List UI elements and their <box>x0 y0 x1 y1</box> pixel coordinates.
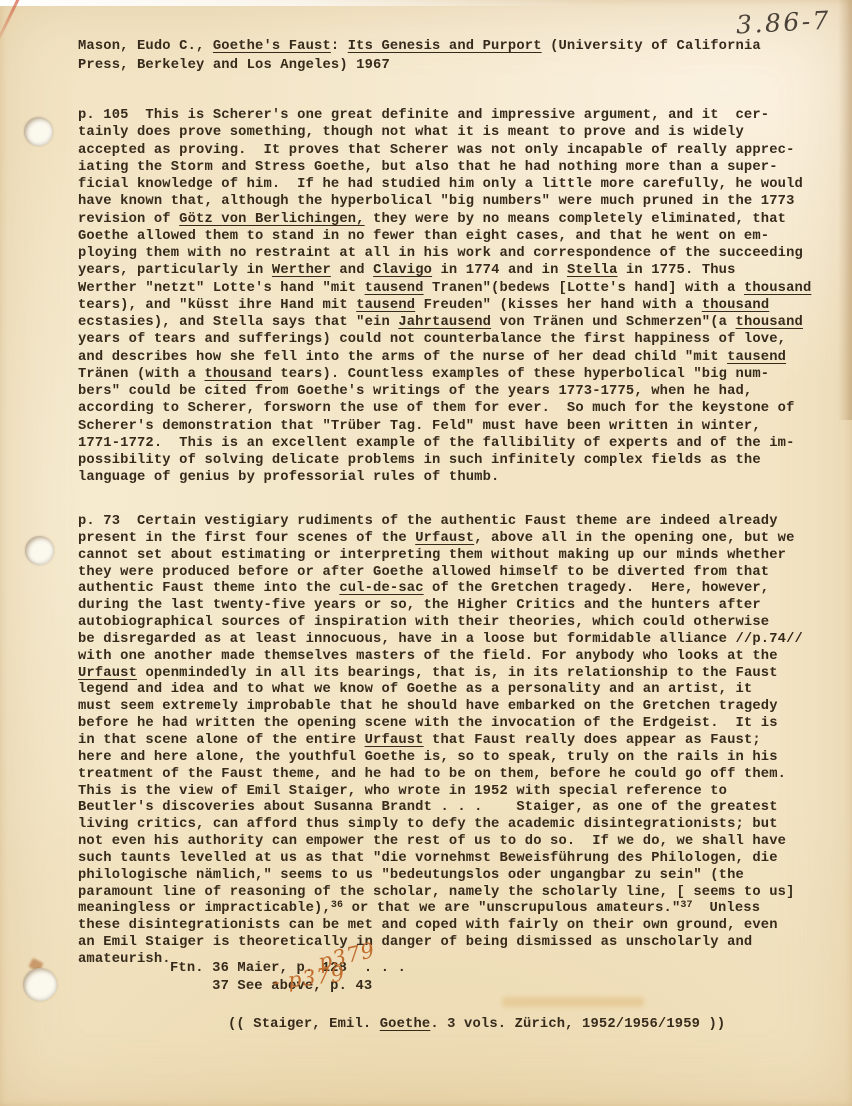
underlined-text: Urfaust <box>78 666 137 681</box>
text-line: according to Scherer, forsworn the use o… <box>78 400 811 417</box>
underlined-text: Goethe's Faust <box>213 39 331 54</box>
footnote-superscript: 36 <box>331 900 343 911</box>
text-line: ecstasies), and Stella says that "ein Ja… <box>78 314 811 331</box>
text-line: p. 73 Certain vestigiary rudiments of th… <box>78 514 803 531</box>
text-line: tears), and "küsst ihre Hand mit tausend… <box>78 297 811 314</box>
paper-edge-shadow <box>838 0 852 420</box>
scanned-page: 3.86-7 Mason, Eudo C., Goethe's Faust: I… <box>0 0 852 1106</box>
text-line: Tränen (with a thousand tears). Countles… <box>78 366 811 383</box>
punch-hole-middle <box>25 536 54 565</box>
text-line: revision of Götz von Berlichingen, they … <box>78 211 811 228</box>
text-line: autobiographical sources of inspiration … <box>78 615 803 632</box>
text-line: have known that, although the hyperbolic… <box>78 193 811 210</box>
text-line: in that scene alone of the entire Urfaus… <box>78 733 803 750</box>
underlined-text: Clavigo <box>373 263 432 278</box>
scan-edge-top <box>0 0 852 6</box>
text-line: Goethe allowed them to stand in no fewer… <box>78 228 811 245</box>
underlined-text: Jahrtausend <box>398 315 491 330</box>
text-line: authentic Faust theme into the cul-de-sa… <box>78 581 803 598</box>
text-line: meaningless or impracticable),36 or that… <box>78 901 803 918</box>
text-line: Mason, Eudo C., Goethe's Faust: Its Gene… <box>78 38 761 57</box>
underlined-text: tausend <box>727 350 786 365</box>
text-line: with one another made themselves masters… <box>78 649 803 666</box>
document-scan: { "annotations": { "catalog_number": "3.… <box>0 0 852 1106</box>
text-line: 1771-1772. This is an excellent example … <box>78 435 811 452</box>
text-line: and describes how she fell into the arms… <box>78 349 811 366</box>
text-line: accepted as proving. It proves that Sche… <box>78 142 811 159</box>
note-paragraph-p105: p. 105 This is Scherer's one great defin… <box>78 107 811 487</box>
text-line: treatment of the Faust theme, and he had… <box>78 767 803 784</box>
underlined-text: Its Genesis and Purport <box>348 39 542 54</box>
underlined-text: Werther <box>272 263 331 278</box>
text-line: years of tears and sufferings) could not… <box>78 331 811 348</box>
text-line: ficial knowledge of him. If he had studi… <box>78 176 811 193</box>
text-line: here and here alone, the youthful Goethe… <box>78 750 803 767</box>
text-line: present in the first four scenes of the … <box>78 531 803 548</box>
underlined-text: Urfaust <box>415 531 474 546</box>
underlined-text: thousand <box>702 298 769 313</box>
text-line: these disintegrationists can be met and … <box>78 918 803 935</box>
text-line: language of genius by professorial rules… <box>78 469 811 486</box>
text-line: during the last twenty-five years or so,… <box>78 598 803 615</box>
text-line: must seem extremely improbable that he s… <box>78 699 803 716</box>
text-line: p. 105 This is Scherer's one great defin… <box>78 107 811 124</box>
underlined-text: cul-de-sac <box>339 581 423 596</box>
erasure-smudge <box>502 997 644 1007</box>
underlined-text: thousand <box>744 281 811 296</box>
bibliography-citation: (( Staiger, Emil. Goethe. 3 vols. Zürich… <box>228 1016 725 1034</box>
underlined-text: Götz von Berlichingen, <box>179 212 364 227</box>
text-line: tainly does prove something, though not … <box>78 124 811 141</box>
bibliographic-header: Mason, Eudo C., Goethe's Faust: Its Gene… <box>78 38 761 75</box>
underlined-text: Urfaust <box>365 733 424 748</box>
red-corner-mark <box>0 0 22 50</box>
text-line: philologische nämlich," seems to us "bed… <box>78 868 803 885</box>
text-line: be disregarded as at least innocuous, ha… <box>78 632 803 649</box>
text-line: iating the Storm and Stress Goethe, but … <box>78 159 811 176</box>
underlined-text: thousand <box>736 315 803 330</box>
punch-hole-top <box>24 117 53 146</box>
text-line: years, particularly in Werther and Clavi… <box>78 262 811 279</box>
text-line: they were produced before or after Goeth… <box>78 565 803 582</box>
text-line: Scherer's demonstration that "Trüber Tag… <box>78 418 811 435</box>
footnote-superscript: 37 <box>680 900 692 911</box>
underlined-text: Stella <box>567 263 618 278</box>
punch-hole-bottom <box>23 968 57 1001</box>
underlined-text: thousand <box>204 367 271 382</box>
text-line: an Emil Staiger is theoretically in dang… <box>78 935 803 952</box>
underlined-text: tausend <box>356 298 415 313</box>
text-line: paramount line of reasoning of the schol… <box>78 885 803 902</box>
text-line: Urfaust openmindedly in all its bearings… <box>78 666 803 683</box>
text-line: This is the view of Emil Staiger, who wr… <box>78 784 803 801</box>
text-line: Beutler's discoveries about Susanna Bran… <box>78 800 803 817</box>
text-line: possibility of solving delicate problems… <box>78 452 811 469</box>
text-line: before he had written the opening scene … <box>78 716 803 733</box>
text-line: cannot set about estimating or interpret… <box>78 548 803 565</box>
text-line: Press, Berkeley and Los Angeles) 1967 <box>78 57 761 76</box>
text-line: ploying them with no restraint at all in… <box>78 245 811 262</box>
text-line: living critics, can afford thus simply t… <box>78 817 803 834</box>
text-line: not even his authority can empower the r… <box>78 834 803 851</box>
catalog-number-handwritten: 3.86-7 <box>735 6 831 40</box>
text-line: bers" could be cited from Goethe's writi… <box>78 383 811 400</box>
text-line: such taunts levelled at us as that "die … <box>78 851 803 868</box>
underlined-text: Goethe <box>380 1017 431 1032</box>
text-line: Werther "netzt" Lotte's hand "mit tausen… <box>78 280 811 297</box>
underlined-text: tausend <box>365 281 424 296</box>
note-paragraph-p73: p. 73 Certain vestigiary rudiments of th… <box>78 514 803 969</box>
text-line: legend and idea and to what we know of G… <box>78 682 803 699</box>
